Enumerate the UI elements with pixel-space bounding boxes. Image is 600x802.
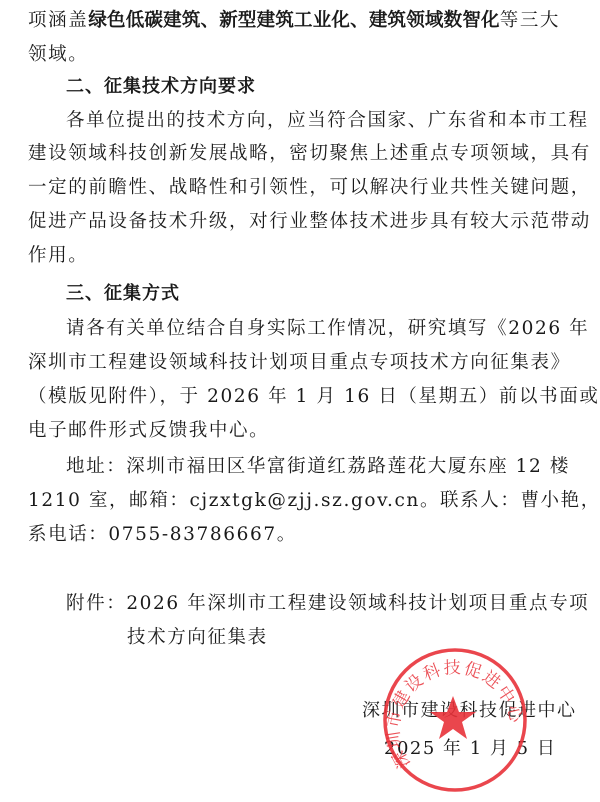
text: 项涵盖 [28, 10, 88, 31]
paragraph-1-line: 项涵盖绿色低碳建筑、新型建筑工业化、建筑领域数智化等三大 [28, 10, 560, 32]
section-2-line: 作用。 [28, 245, 88, 267]
attachment-line: 附件：2026 年深圳市工程建设领域科技计划项目重点专项 [66, 593, 589, 615]
text: 等三大 [500, 10, 560, 31]
star-icon [430, 696, 476, 739]
attachment-label: 附件： [66, 593, 126, 614]
paragraph-1-cont: 领域。 [28, 44, 88, 66]
section-2-line: 促进产品设备技术升级，对行业整体技术进步具有较大示范带动 [28, 211, 591, 233]
section-3-heading: 三、征集方式 [66, 283, 180, 305]
section-3-line: 请各有关单位结合自身实际工作情况，研究填写《2026 年 [66, 318, 589, 340]
section-2-line: 一定的前瞻性、战略性和引领性，可以解决行业共性关键问题， [28, 177, 591, 199]
contact-line: 1210 室，邮箱：cjzxtgk@zjj.sz.gov.cn。联系人：曹小艳，… [28, 490, 600, 512]
section-2-line: 各单位提出的技术方向，应当符合国家、广东省和本市工程 [66, 110, 589, 132]
contact-line: 系电话：0755-83786667。 [28, 524, 297, 546]
contact-line: 地址：深圳市福田区华富街道红荔路莲花大厦东座 12 楼 [66, 456, 570, 478]
section-2-line: 建设领域科技创新发展战略，密切聚焦上述重点专项领域，具有 [28, 143, 591, 165]
section-3-line: 深圳市工程建设领域科技计划项目重点专项技术方向征集表》 [28, 352, 571, 374]
section-3-line: （模版见附件），于 2026 年 1 月 16 日（星期五）前以书面或者 [28, 386, 600, 408]
attachment-title-cont: 技术方向征集表 [127, 627, 268, 649]
section-3-line: 电子邮件形式反馈我中心。 [28, 420, 269, 442]
bold-text: 绿色低碳建筑、新型建筑工业化、建筑领域数智化 [88, 10, 499, 31]
official-seal-stamp: 深圳市建设科技促进中心 [381, 646, 529, 794]
section-2-heading: 二、征集技术方向要求 [66, 76, 256, 98]
attachment-title: 2026 年深圳市工程建设领域科技计划项目重点专项 [126, 593, 589, 614]
